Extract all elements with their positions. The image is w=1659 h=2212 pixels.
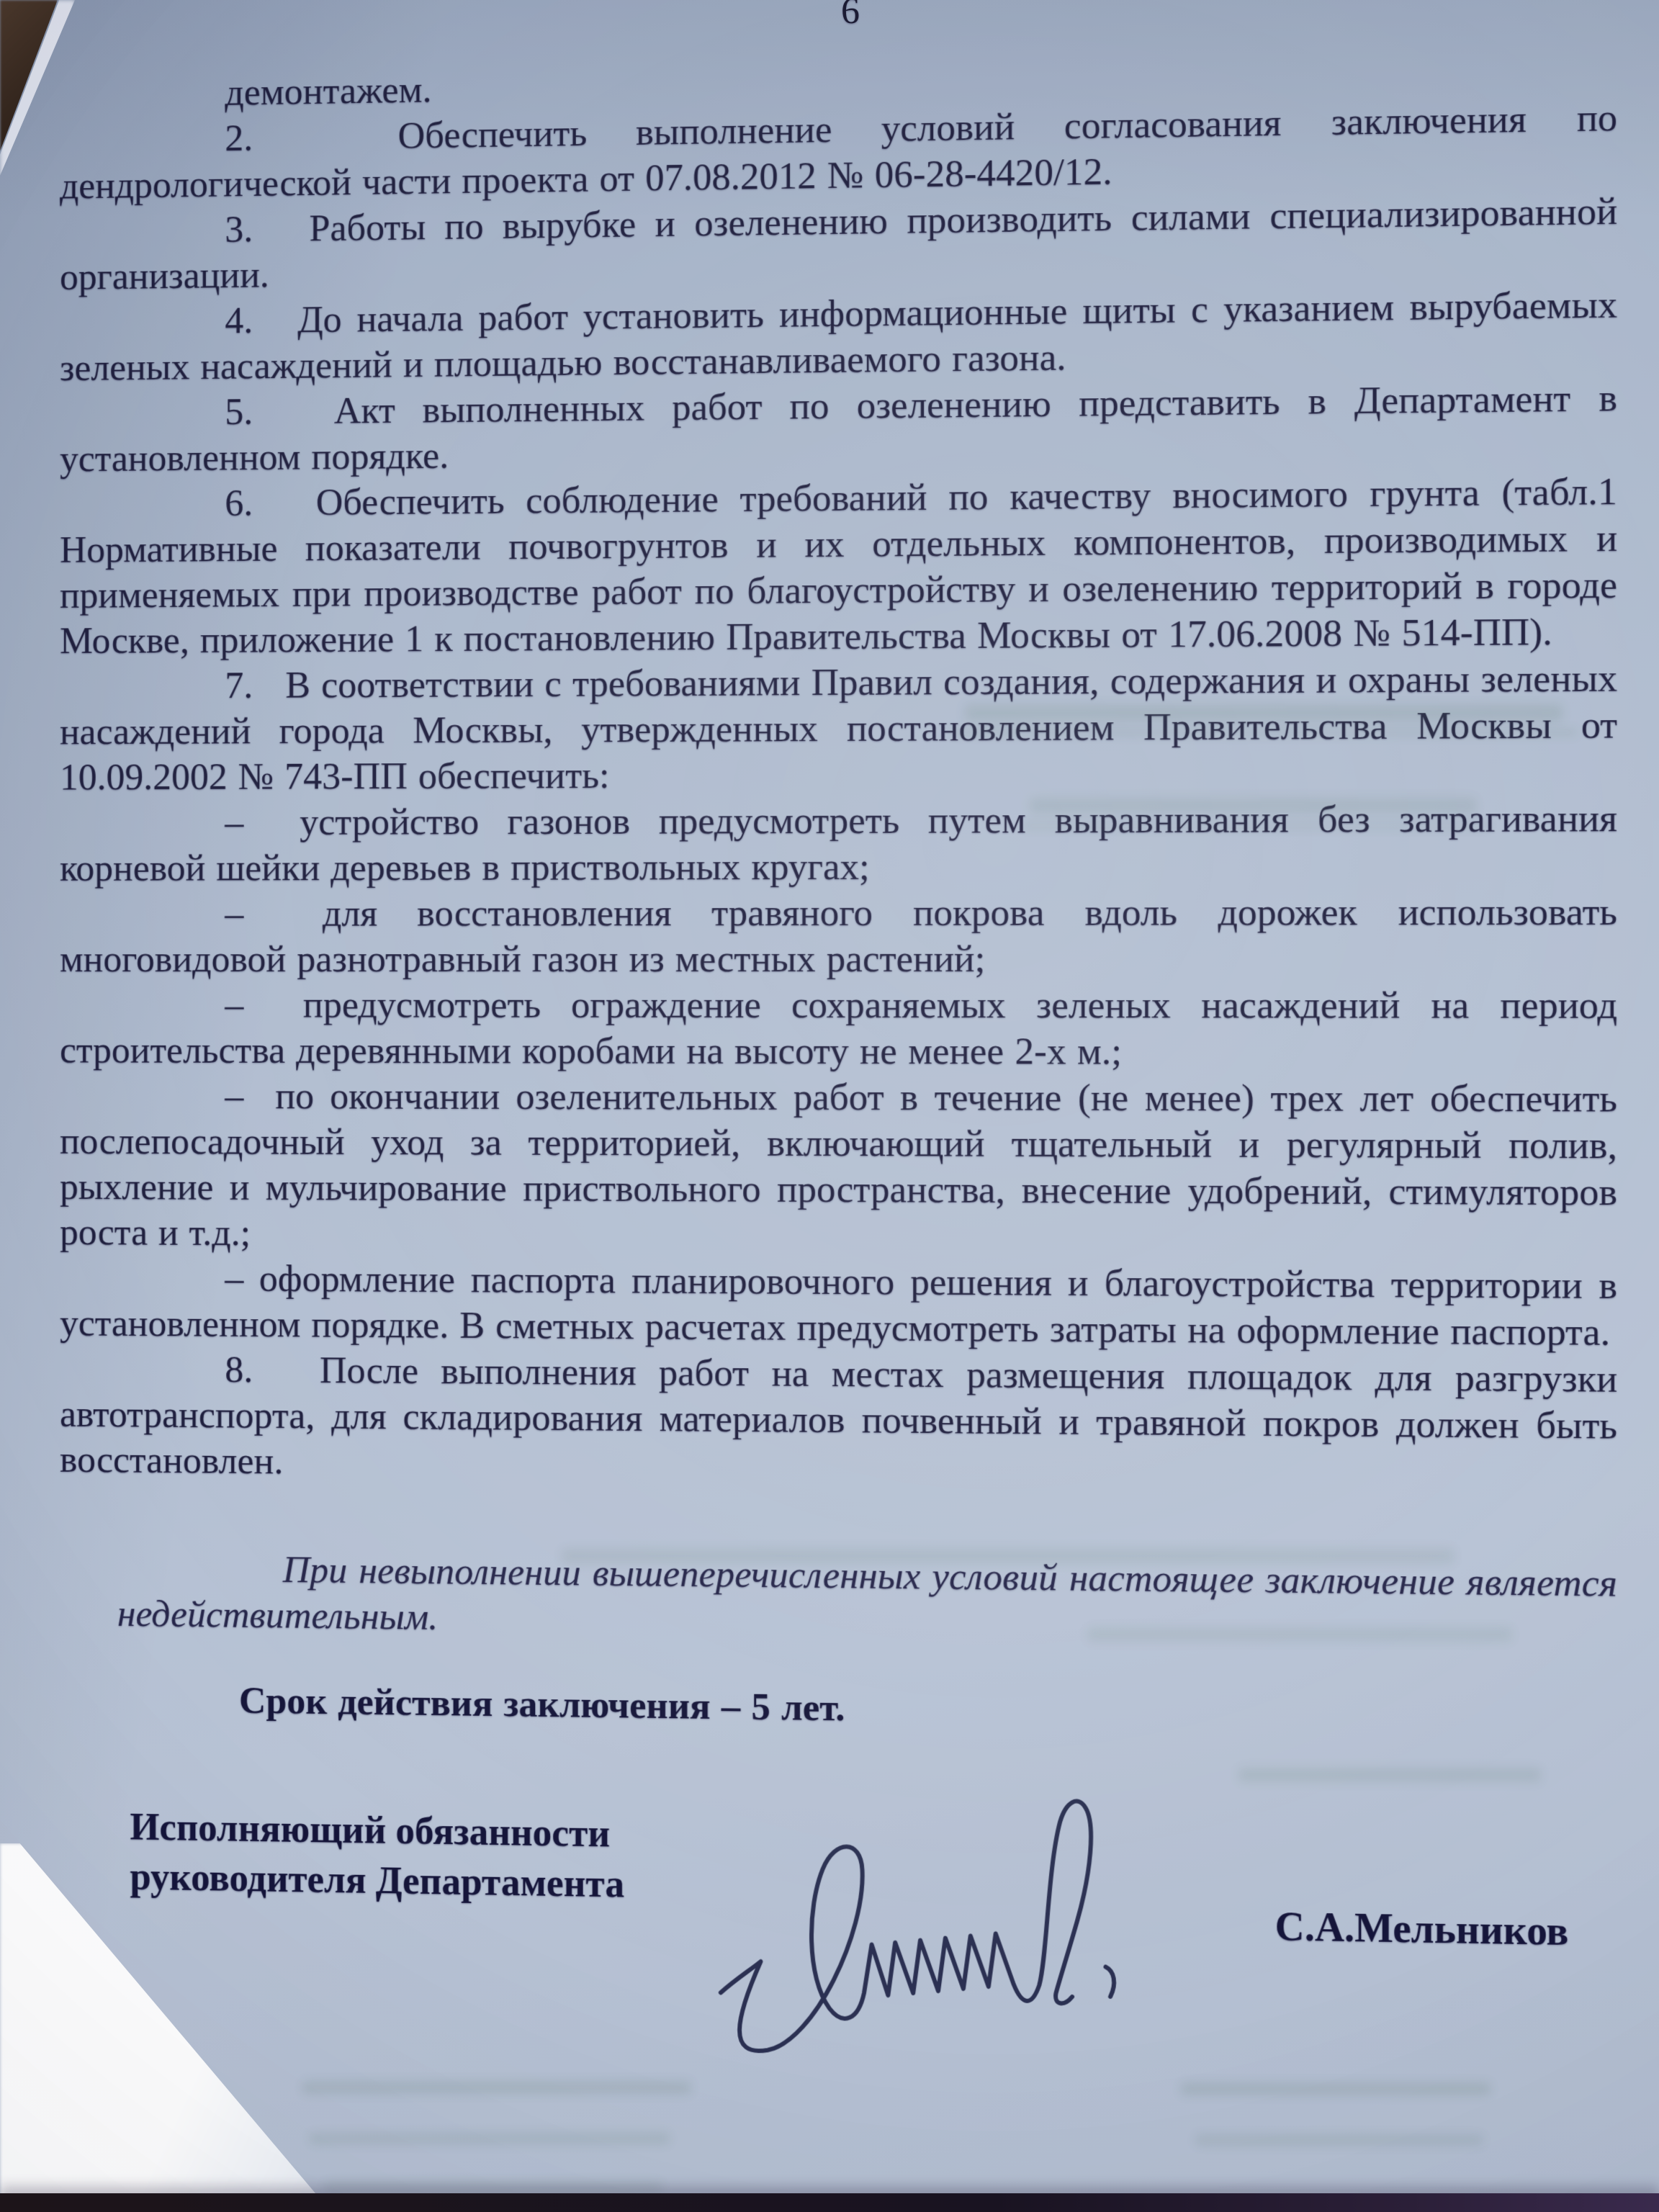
paragraph: – оформление паспорта планировочного реш… [60,1255,1617,1356]
validity-paragraph: Срок действия заключения – 5 лет. [74,1676,1618,1741]
paragraph: – предусмотреть ограждение сохраняемых з… [60,982,1617,1076]
page-number: 6 [841,0,860,32]
bleed-through-ghost [310,2133,670,2144]
bleed-through-ghost [324,2182,662,2192]
photo-bottom-edge [0,2193,1659,2212]
paragraph: 8. После выполнения работ на местах разм… [60,1346,1617,1496]
paragraph: – устройство газонов предусмотреть путем… [60,796,1617,891]
paper-sheet: 6 демонтажем.2. Обеспечить выполнение ус… [0,0,1659,2212]
paragraph: – для восстановления травяного покрова в… [60,889,1617,982]
background-corner-topleft [0,0,58,151]
signer-title-line1: Исполняющий обязанности [130,1802,624,1859]
signature-block: Исполняющий обязанности руководителя Деп… [60,1801,1617,2116]
signer-title-line2: руководителя Департамента [130,1851,624,1909]
note-paragraph: При невыполнении вышеперечисленных услов… [117,1545,1617,1653]
paragraph: 6. Обеспечить соблюдение требований по к… [60,468,1617,663]
document-content: демонтажем.2. Обеспечить выполнение усло… [60,48,1617,2116]
paragraph: 7. В соответствии с требованиями Правил … [60,655,1617,800]
photo-background: 6 демонтажем.2. Обеспечить выполнение ус… [0,0,1659,2212]
bleed-through-ghost [1195,2134,1483,2146]
paragraph: 4. До начала работ установить информацио… [60,282,1617,391]
handwritten-signature-icon [669,1744,1298,2099]
signer-name: С.А.Мельников [1275,1904,1569,1955]
document-body: демонтажем.2. Обеспечить выполнение усло… [60,48,1617,1742]
paragraph: 5. Акт выполненных работ по озеленению п… [60,375,1617,482]
signer-title: Исполняющий обязанности руководителя Деп… [130,1802,624,1909]
paragraph: – по окончании озеленительных работ в те… [60,1073,1617,1262]
